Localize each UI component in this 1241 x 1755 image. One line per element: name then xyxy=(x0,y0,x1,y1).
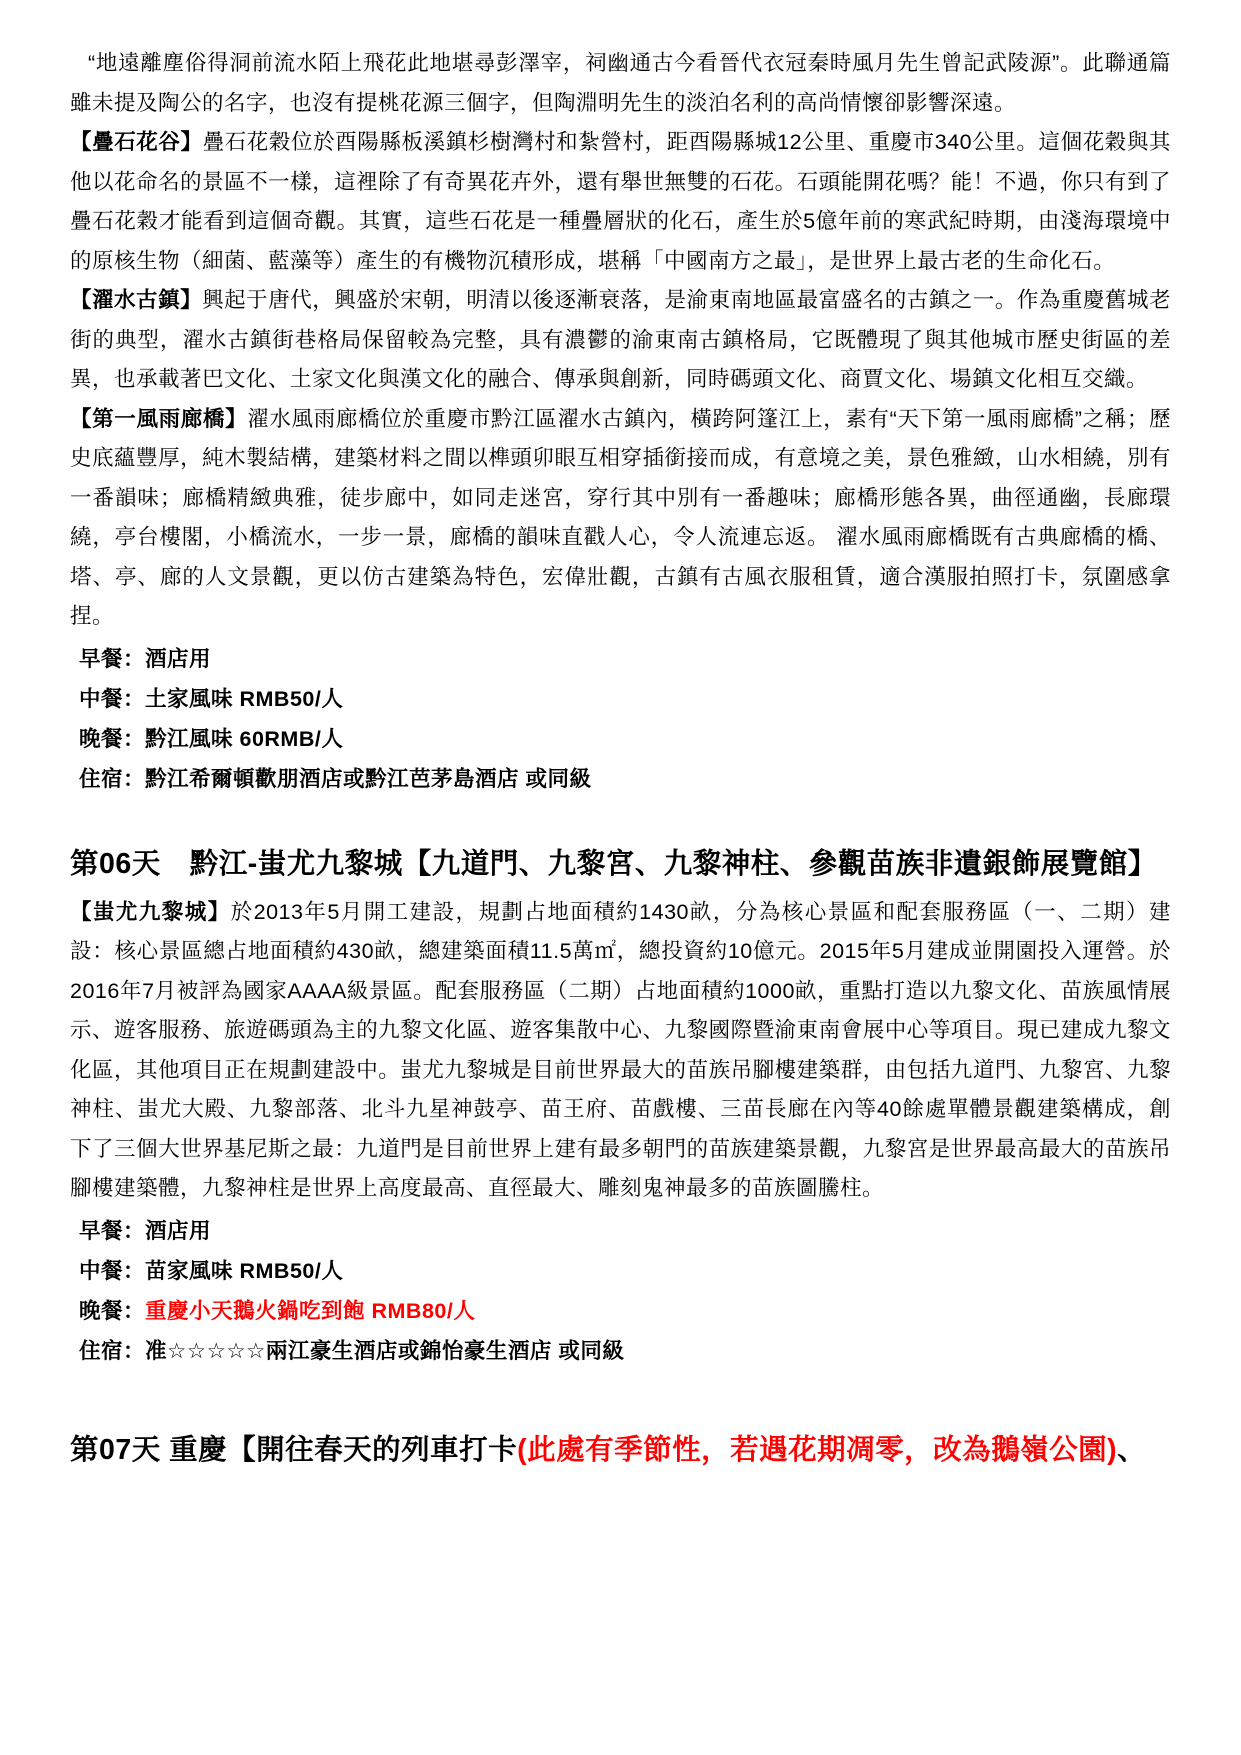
day05-hotel-line: 住宿：黔江希爾頓歡朋酒店或黔江芭茅島酒店 或同級 xyxy=(79,759,1171,799)
meal-label-lunch: 中餐： xyxy=(79,687,145,711)
day05-dinner-line: 晚餐：黔江風味 60RMB/人 xyxy=(79,719,1171,759)
meal-value-dinner-highlighted: 重慶小天鵝火鍋吃到飽 RMB80/人 xyxy=(145,1299,475,1323)
meal-value-hotel: 准☆☆☆☆☆兩江豪生酒店或錦怡豪生酒店 或同級 xyxy=(145,1339,624,1363)
meal-label-breakfast: 早餐： xyxy=(79,1219,145,1243)
day05-meals-block: 早餐：酒店用 中餐：土家風味 RMB50/人 晚餐：黔江風味 60RMB/人 住… xyxy=(70,639,1171,799)
meal-label-dinner: 晚餐： xyxy=(79,1299,145,1323)
meal-label-breakfast: 早餐： xyxy=(79,647,145,671)
spot-body-zhuoshui-guzhen: 興起于唐代，興盛於宋朝，明清以後逐漸衰落，是渝東南地區最富盛名的古鎮之一。作為重… xyxy=(70,288,1171,391)
meal-value-breakfast: 酒店用 xyxy=(145,647,211,671)
day07-heading-red-note: (此處有季節性，若遇花期凋零，改為鵝嶺公園) xyxy=(517,1434,1117,1466)
spot-title-zhuoshui-guzhen: 【濯水古鎮】 xyxy=(70,288,202,312)
meal-label-lunch: 中餐： xyxy=(79,1259,145,1283)
meal-label-hotel: 住宿： xyxy=(79,1339,145,1363)
day05-breakfast-line: 早餐：酒店用 xyxy=(79,639,1171,679)
meal-value-breakfast: 酒店用 xyxy=(145,1219,211,1243)
spot-paragraph-chiyou-jiulicheng: 【蚩尤九黎城】於2013年5月開工建設，規劃占地面積約1430畝，分為核心景區和… xyxy=(70,893,1171,1209)
day07-heading: 第07天 重慶【開往春天的列車打卡(此處有季節性，若遇花期凋零，改為鵝嶺公園)、 xyxy=(70,1429,1171,1471)
spot-paragraph-fengyu-langqiao: 【第一風雨廊橋】濯水風雨廊橋位於重慶市黔江區濯水古鎮內，橫跨阿篷江上，素有“天下… xyxy=(70,400,1171,637)
spot-body-fengyu-langqiao: 濯水風雨廊橋位於重慶市黔江區濯水古鎮內，橫跨阿篷江上，素有“天下第一風雨廊橋”之… xyxy=(70,407,1171,629)
day06-dinner-line: 晚餐：重慶小天鵝火鍋吃到飽 RMB80/人 xyxy=(79,1291,1171,1331)
spot-paragraph-dieshi-huagu: 【疊石花谷】疊石花穀位於酉陽縣板溪鎮杉樹灣村和紮營村，距酉陽縣城12公里、重慶市… xyxy=(70,123,1171,281)
day05-lunch-line: 中餐：土家風味 RMB50/人 xyxy=(79,679,1171,719)
intro-paragraph: “地遠離塵俗得洞前流水陌上飛花此地堪尋彭澤宰，祠幽通古今看晉代衣冠秦時風月先生曾… xyxy=(70,44,1171,123)
spot-title-dieshi-huagu: 【疊石花谷】 xyxy=(70,130,203,154)
meal-value-hotel: 黔江希爾頓歡朋酒店或黔江芭茅島酒店 或同級 xyxy=(145,767,591,791)
day06-heading: 第06天 黔江-蚩尤九黎城【九道門、九黎宮、九黎神柱、參觀苗族非遺銀飾展覽館】 xyxy=(70,843,1171,885)
itinerary-document-page: “地遠離塵俗得洞前流水陌上飛花此地堪尋彭澤宰，祠幽通古今看晉代衣冠秦時風月先生曾… xyxy=(0,0,1241,1755)
meal-value-dinner: 黔江風味 60RMB/人 xyxy=(145,727,343,751)
day07-heading-black-segment: 第07天 重慶【開往春天的列車打卡 xyxy=(70,1434,517,1466)
spot-paragraph-zhuoshui-guzhen: 【濯水古鎮】興起于唐代，興盛於宋朝，明清以後逐漸衰落，是渝東南地區最富盛名的古鎮… xyxy=(70,281,1171,400)
day06-meals-block: 早餐：酒店用 中餐：苗家風味 RMB50/人 晚餐：重慶小天鵝火鍋吃到飽 RMB… xyxy=(70,1211,1171,1371)
day06-lunch-line: 中餐：苗家風味 RMB50/人 xyxy=(79,1251,1171,1291)
day06-breakfast-line: 早餐：酒店用 xyxy=(79,1211,1171,1251)
day07-heading-tail: 、 xyxy=(1117,1434,1146,1466)
meal-label-dinner: 晚餐： xyxy=(79,727,145,751)
meal-label-hotel: 住宿： xyxy=(79,767,145,791)
meal-value-lunch: 苗家風味 RMB50/人 xyxy=(145,1259,343,1283)
spot-body-chiyou-jiulicheng: 於2013年5月開工建設，規劃占地面積約1430畝，分為核心景區和配套服務區（一… xyxy=(70,900,1171,1201)
day06-hotel-line: 住宿：准☆☆☆☆☆兩江豪生酒店或錦怡豪生酒店 或同級 xyxy=(79,1331,1171,1371)
spot-body-dieshi-huagu: 疊石花穀位於酉陽縣板溪鎮杉樹灣村和紮營村，距酉陽縣城12公里、重慶市340公里。… xyxy=(70,130,1171,273)
meal-value-lunch: 土家風味 RMB50/人 xyxy=(145,687,343,711)
spot-title-fengyu-langqiao: 【第一風雨廊橋】 xyxy=(70,407,247,431)
spot-title-chiyou-jiulicheng: 【蚩尤九黎城】 xyxy=(70,900,231,924)
